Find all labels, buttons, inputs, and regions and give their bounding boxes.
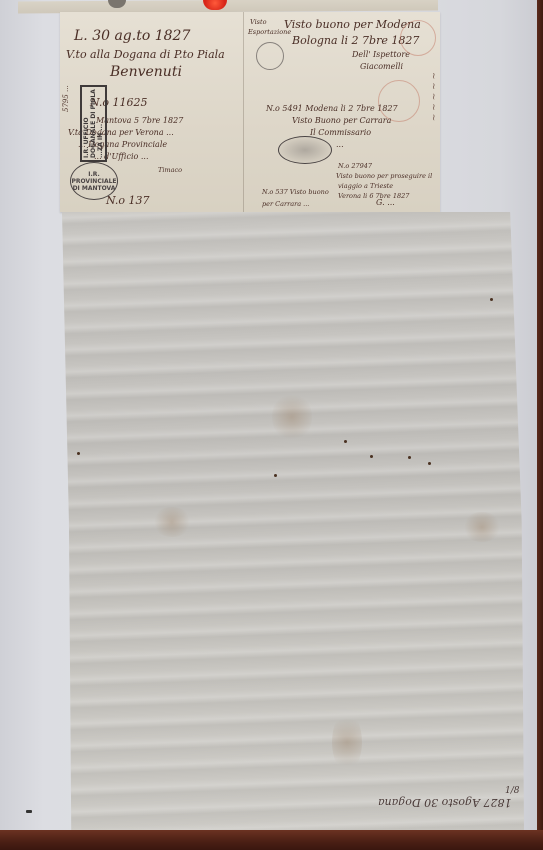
ink-speck (370, 455, 373, 458)
document-number-27947: N.o 27947 (338, 162, 372, 170)
signature-giacomelli: Giacomelli (360, 62, 403, 71)
ink-speck (428, 462, 431, 465)
upside-down-endorsement: 1827 Agosto 30 Dogana (378, 796, 511, 809)
verona-date-line: Verona li 6 7bre 1827 (338, 192, 409, 200)
stamp-line: ...ZA IN ... (97, 89, 104, 158)
handwritten-customs-document: L. 30 ag.to 1827 V.to alla Dogana di P.t… (60, 12, 440, 212)
stamp-line: DI MANTOVA (73, 185, 116, 192)
stamp-line: DOGANALE DI PIOLA (90, 89, 97, 158)
eagle-emblem-stamp (256, 42, 284, 70)
trieste-line: viaggio a Trieste (338, 182, 393, 190)
timaco-note: Timaco (158, 166, 182, 174)
stamp-line: I.R. (88, 171, 100, 178)
blank-creased-paper-sheet (62, 212, 524, 832)
document-number-2: N.o 137 (106, 194, 150, 207)
proseguire-line: Visto buono per proseguire il (336, 172, 432, 180)
ink-speck (408, 456, 411, 459)
paper-stain (272, 392, 312, 442)
signature-bottom-right: G. ... (376, 198, 395, 207)
modena-date-line: N.o 5491 Modena li 2 7bre 1827 (266, 104, 398, 113)
ink-speck (490, 298, 493, 301)
stamp-line: PROVINCIALE (71, 178, 116, 185)
mounting-pin (26, 810, 32, 813)
wooden-frame-right-edge (537, 0, 543, 850)
illegible-line: ... (336, 140, 344, 149)
wooden-frame-bottom-edge (0, 830, 543, 850)
ink-speck (274, 474, 277, 477)
commissario-line: Il Commissario (310, 128, 371, 137)
mantova-date-line: Mantova 5 7bre 1827 (96, 116, 183, 125)
faded-red-stamp (400, 20, 436, 56)
vertical-right-margin-note: ~ ~ ~ ~ ~ (428, 72, 438, 121)
paper-fold-line (243, 12, 244, 212)
paper-stain (462, 512, 502, 542)
side-note-visto: Visto (250, 18, 267, 26)
round-provincial-stamp: I.R. PROVINCIALE DI MANTOVA (70, 162, 118, 200)
amount-date-line: L. 30 ag.to 1827 (74, 28, 190, 44)
page-mark: 1/8 (505, 786, 519, 796)
rectangular-customs-stamp: I.R. UFFICIO DOGANALE DI PIOLA ...ZA IN … (80, 85, 107, 162)
ink-speck (344, 440, 347, 443)
visto-carrara-line: Visto Buono per Carrara (292, 116, 391, 125)
stamp-line: I.R. UFFICIO (83, 89, 90, 158)
oval-eagle-stamp (278, 136, 332, 164)
vertical-margin-note: 5795 ... (62, 85, 70, 112)
visto-buono-537-line: N.o 537 Visto buono (262, 188, 329, 196)
ispettore-line: Dell' Ispettore (352, 50, 410, 59)
signature-benvenuti: Benvenuti (110, 64, 182, 80)
visto-modena-line: Visto buono per Modena (284, 18, 421, 31)
carrara-line: per Carrara ... (262, 200, 309, 208)
paper-stain (152, 507, 192, 537)
paper-stain (332, 712, 362, 772)
ink-speck (77, 452, 80, 455)
customs-visa-line: V.to alla Dogana di P.to Piala (66, 48, 225, 61)
